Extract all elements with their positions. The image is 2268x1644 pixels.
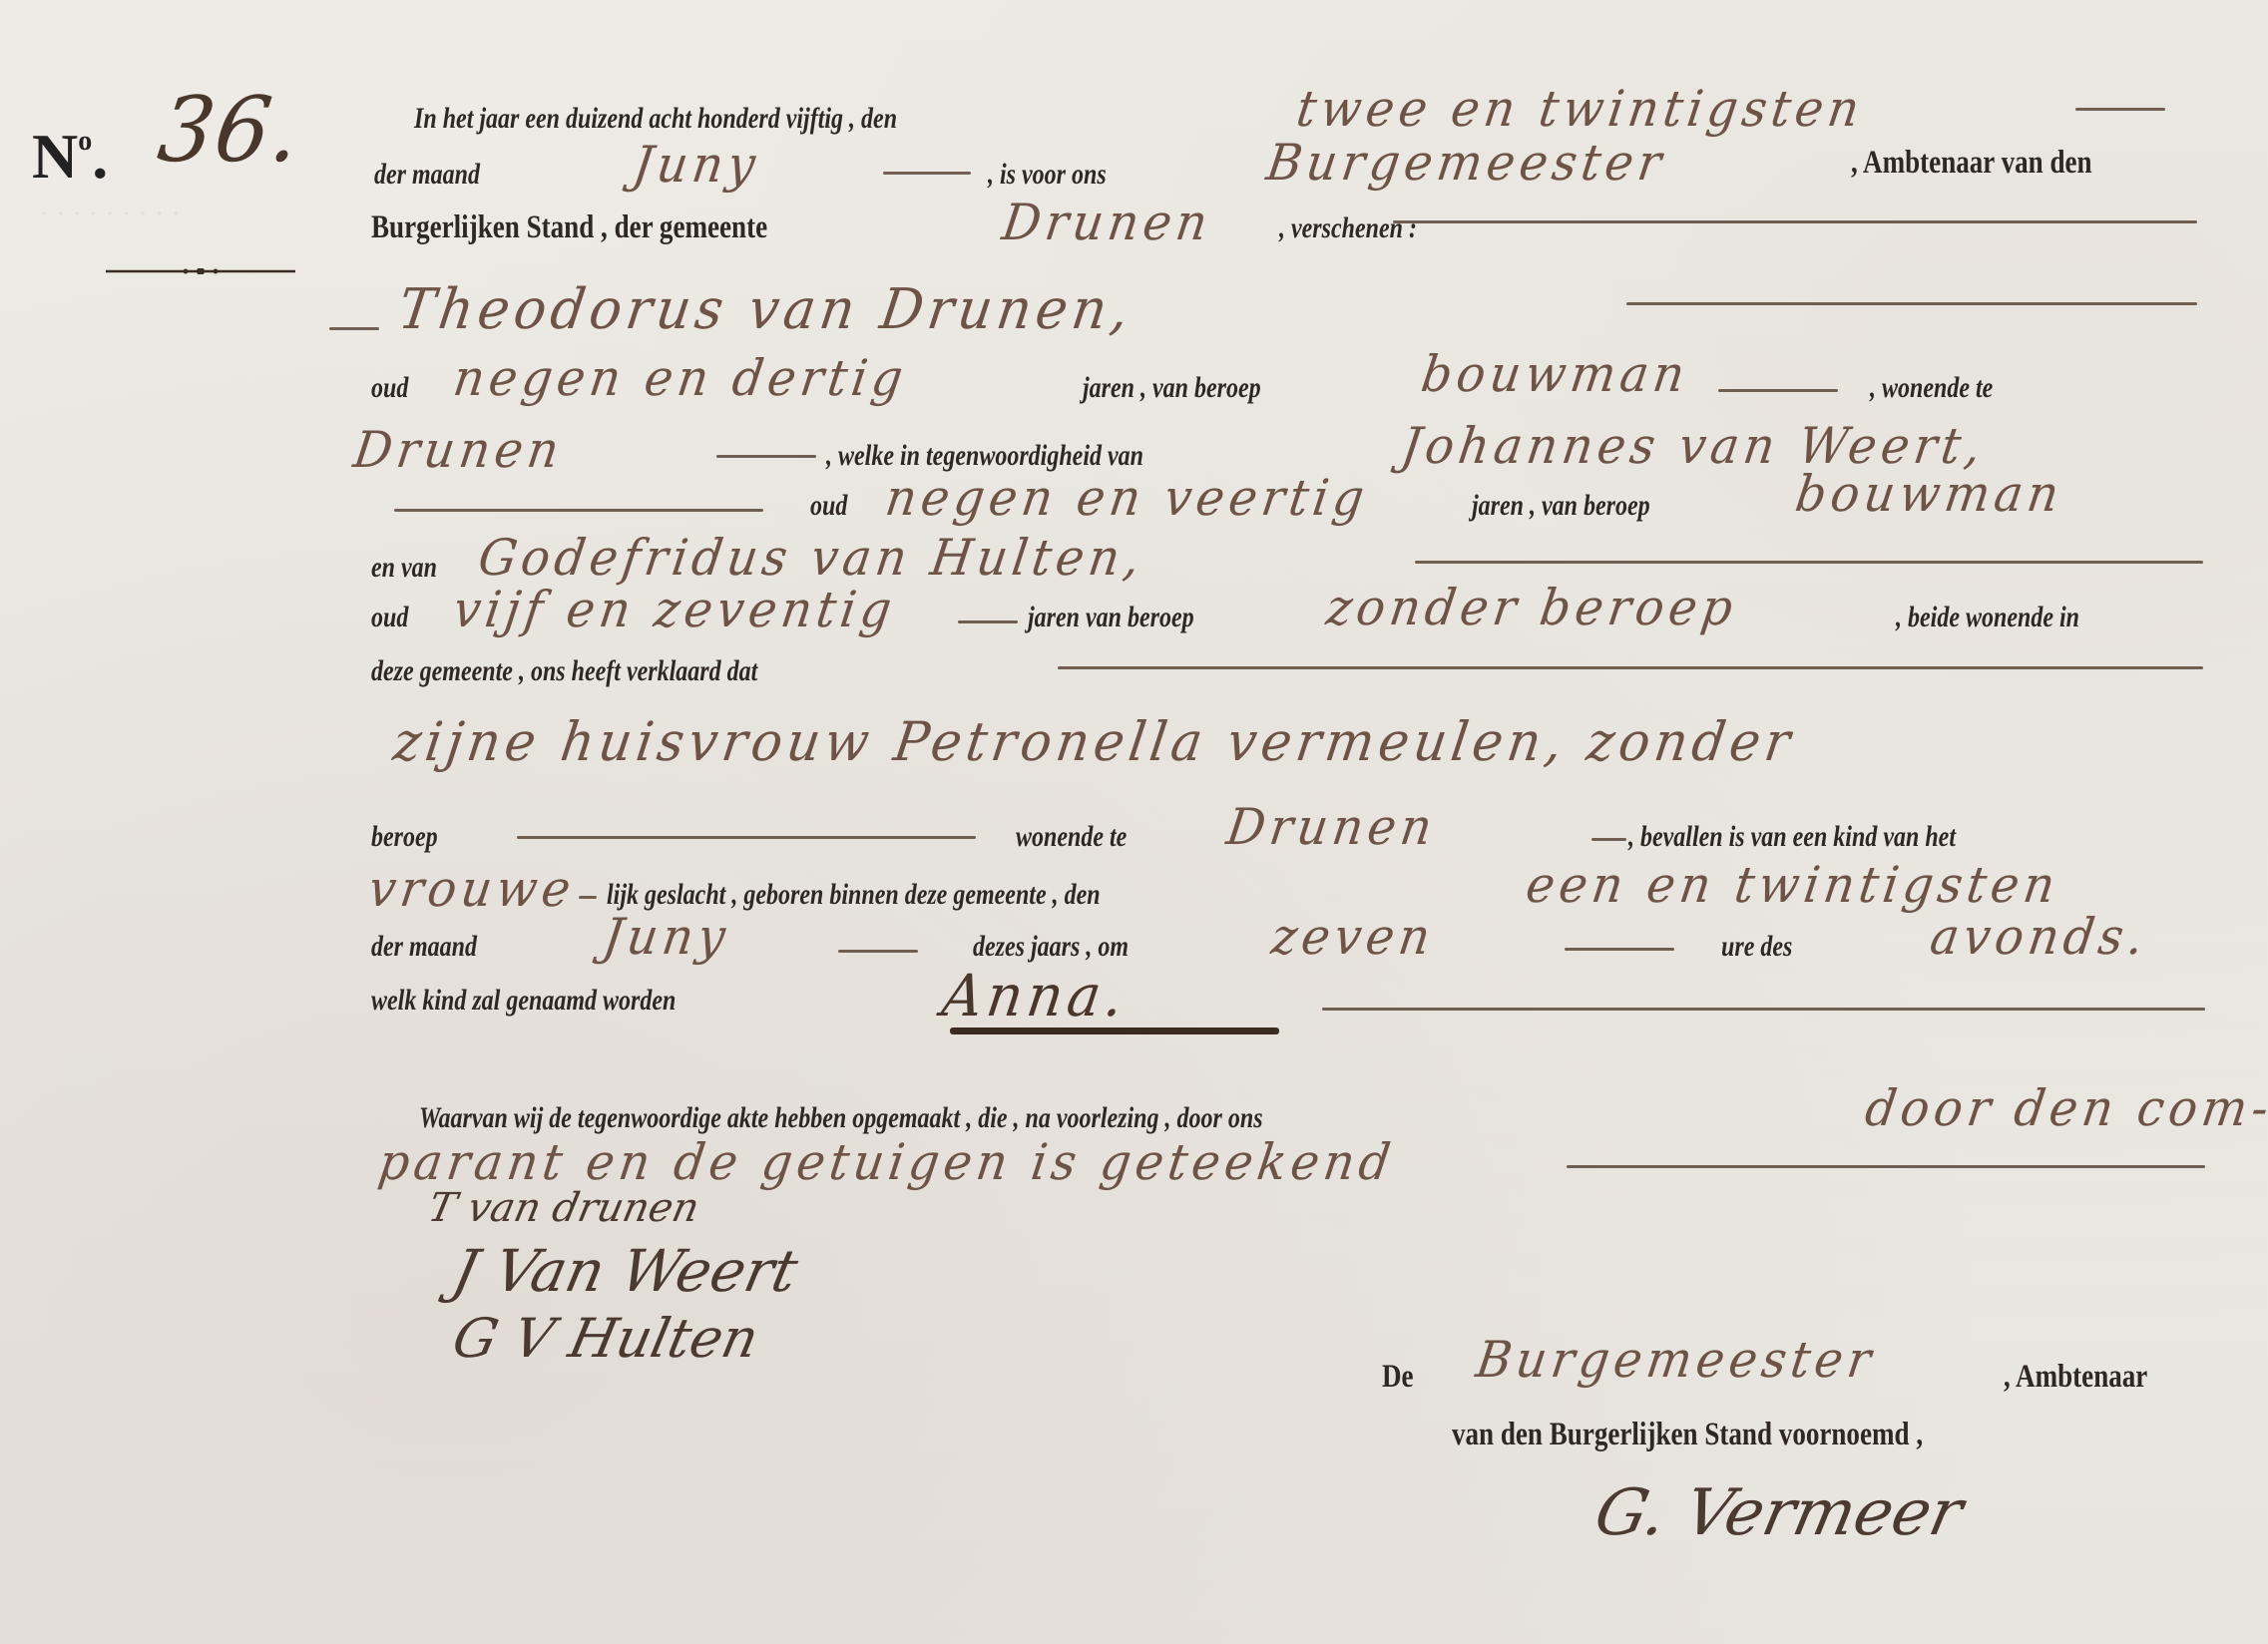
printed-text: oud (371, 601, 408, 634)
printed-text: oud (810, 489, 847, 523)
printed-text: deze gemeente , ons heeft verklaard dat (371, 654, 757, 688)
signature-registrar: G. Vermeer (1588, 1476, 1969, 1550)
fill-line (1565, 948, 1674, 951)
signature-father: T van drunen (424, 1185, 703, 1231)
handwritten-place: Drunen (1223, 798, 1440, 856)
fill-line (1591, 838, 1626, 841)
printed-text: , is voor ons (988, 158, 1107, 192)
printed-text: beroep (371, 820, 438, 854)
handwritten-place: Drunen (350, 421, 567, 479)
fill-line (1718, 389, 1838, 392)
handwritten-signed-by: parant en de getuigen is geteekend (375, 1133, 1399, 1191)
printed-text: , Ambtenaar van den (1851, 145, 2092, 182)
handwritten-child-name: Anna. (938, 962, 1132, 1029)
handwritten-place: Drunen (999, 194, 1215, 251)
printed-text: wonende te (1016, 820, 1127, 854)
printed-text: jaren , van beroep (1083, 371, 1261, 405)
handwritten-day: twee en twintigsten (1293, 80, 1868, 138)
fill-line (1393, 220, 2197, 223)
printed-text: In het jaar een duizend acht honderd vij… (414, 102, 897, 136)
record-number-label: No. (32, 120, 108, 194)
fill-line (1567, 1165, 2205, 1168)
fill-line (517, 836, 976, 839)
printed-text: en van (371, 551, 437, 585)
child-name-underline (950, 1027, 1279, 1034)
handwritten-time-of-day: avonds. (1927, 908, 2152, 966)
fill-line (958, 620, 1018, 623)
printed-text: Burgerlijken Stand , der gemeente (371, 209, 767, 246)
printed-text: , wonende te (1870, 371, 1993, 405)
handwritten-month: Juny (630, 136, 763, 194)
fill-line (838, 950, 918, 953)
fill-line (883, 172, 971, 175)
handwritten-witness-2: Godefridus van Hulten, (475, 529, 1148, 587)
fill-line (394, 509, 763, 512)
printed-text: jaren , van beroep (1472, 489, 1650, 523)
fill-line (1415, 561, 2203, 564)
printed-text: , Ambtenaar (2004, 1359, 2147, 1396)
printed-text: , welke in tegenwoordigheid van (826, 439, 1143, 473)
handwritten-age: vijf en zeventig (450, 581, 900, 638)
printed-text: , bevallen is van een kind van het (1628, 820, 1956, 854)
printed-text: Waarvan wij de tegenwoordige akte hebben… (419, 1101, 1263, 1135)
printed-text: der maand (371, 930, 477, 964)
signature-witness-1: J Van Weert (447, 1237, 804, 1305)
ornament-divider-icon (106, 268, 295, 274)
printed-text: De (1382, 1359, 1414, 1396)
printed-text: , verschenen : (1279, 211, 1417, 245)
fill-line (1626, 302, 2197, 305)
printed-text: dezes jaars , om (973, 930, 1129, 964)
fill-line (1322, 1008, 2205, 1011)
bleed-through-text: · · · · · · · · · (40, 200, 181, 229)
record-number: 36. (153, 78, 308, 183)
printed-text: van den Burgerlijken Stand voornoemd , (1452, 1417, 1923, 1453)
handwritten-signed-by: door den com- (1862, 1079, 2268, 1137)
handwritten-birth-day: een en twintigsten (1523, 856, 2063, 914)
handwritten-month: Juny (600, 908, 733, 966)
fill-line (579, 896, 597, 899)
printed-text: oud (371, 371, 408, 405)
handwritten-sex: vrouwe (365, 860, 579, 918)
handwritten-hour: zeven (1268, 908, 1439, 966)
fill-line (1058, 666, 2203, 669)
handwritten-father-name: Theodorus van Drunen, (394, 277, 1136, 342)
printed-text: jaren van beroep (1028, 601, 1194, 634)
printed-text: welk kind zal genaamd worden (371, 984, 676, 1018)
handwritten-official-title: Burgemeester (1473, 1331, 1879, 1389)
fill-line (2075, 108, 2165, 111)
handwritten-age: negen en dertig (450, 349, 911, 407)
handwritten-occupation: bouwman (1418, 345, 1693, 403)
fill-line (716, 455, 816, 458)
handwritten-age: negen en veertig (882, 469, 1372, 527)
printed-text: lijk geslacht , geboren binnen deze geme… (607, 878, 1101, 912)
printed-text: ure des (1721, 930, 1792, 964)
handwritten-mother: zijne huisvrouw Petronella vermeulen, zo… (390, 710, 1799, 773)
signature-witness-2: G V Hulten (447, 1307, 763, 1370)
handwritten-occupation: zonder beroep (1323, 579, 1741, 636)
printed-text: , beide wonende in (1896, 601, 2079, 634)
fill-line (329, 327, 379, 330)
handwritten-official: Burgemeester (1263, 134, 1669, 192)
printed-text: der maand (374, 158, 480, 192)
handwritten-occupation: bouwman (1792, 465, 2067, 523)
